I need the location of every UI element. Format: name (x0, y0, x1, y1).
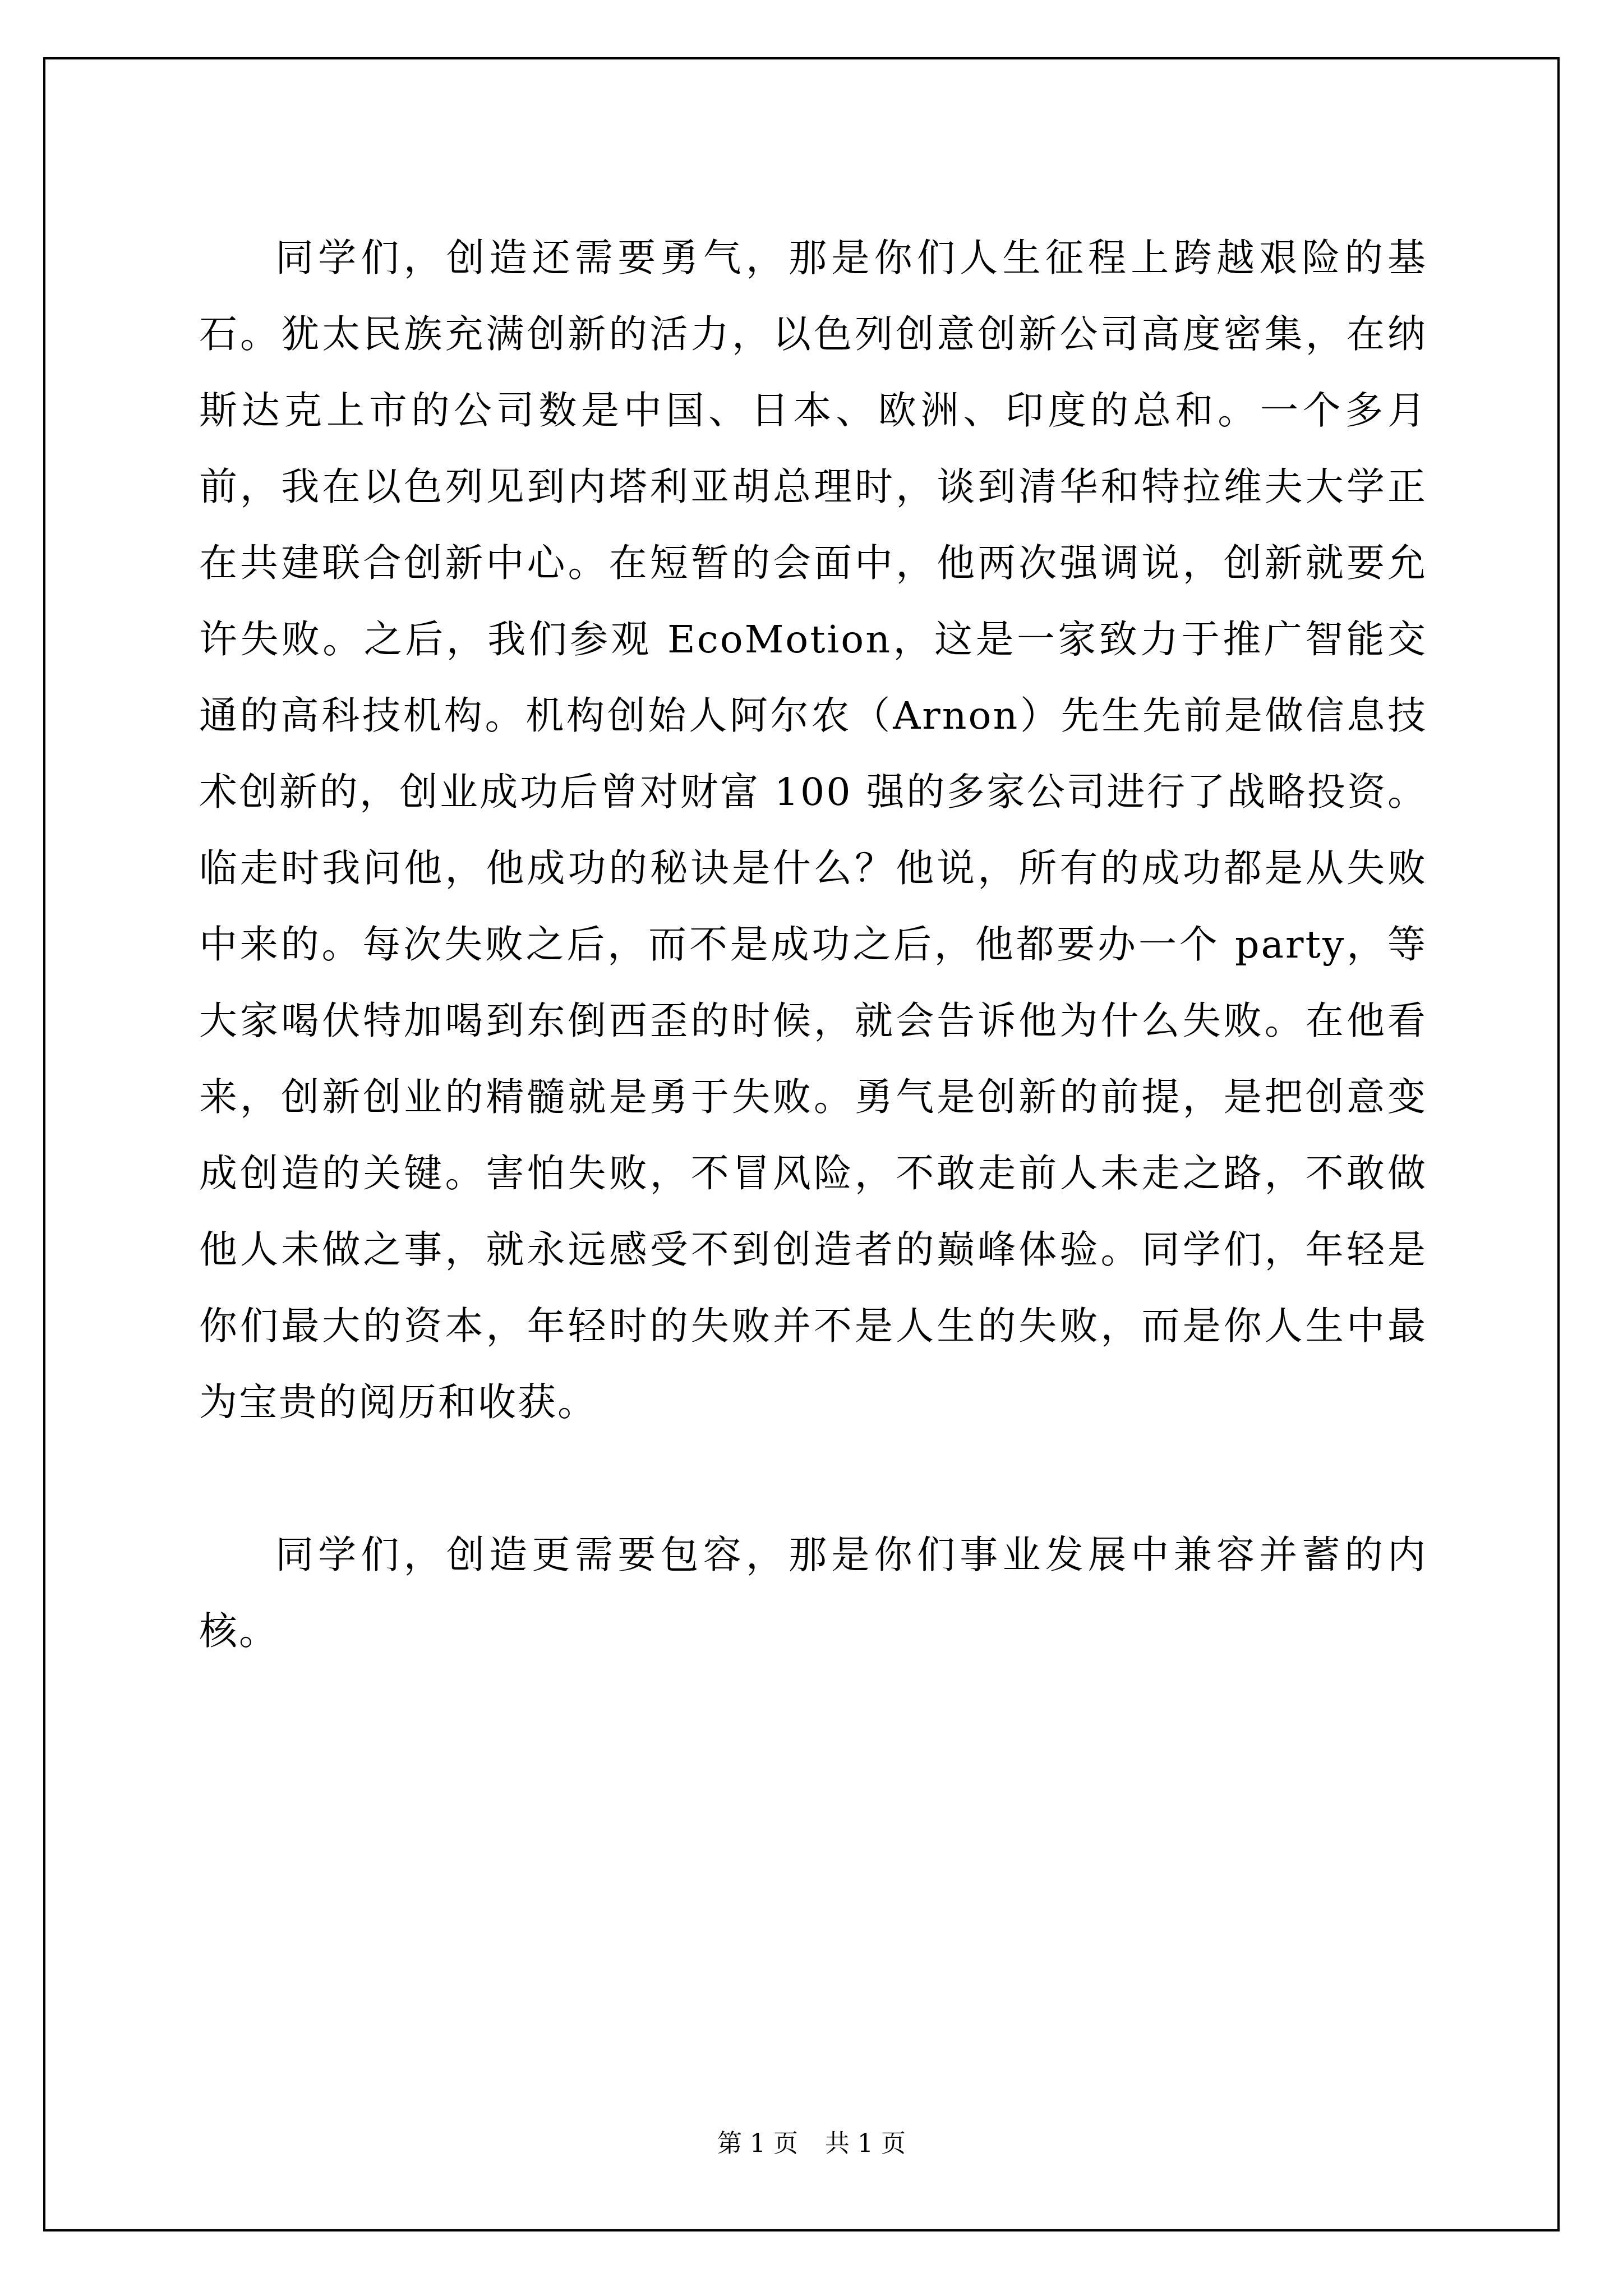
document-body: 同学们，创造还需要勇气，那是你们人生征程上跨越艰险的基石。犹太民族充满创新的活力… (199, 220, 1427, 1670)
total-pages-label: 共 1 页 (825, 2129, 906, 2158)
paragraph-courage: 同学们，创造还需要勇气，那是你们人生征程上跨越艰险的基石。犹太民族充满创新的活力… (199, 220, 1427, 1441)
page-footer: 第 1 页共 1 页 (0, 2127, 1623, 2161)
current-page-label: 第 1 页 (717, 2129, 798, 2158)
paragraph-tolerance: 同学们，创造更需要包容，那是你们事业发展中兼容并蓄的内核。 (199, 1517, 1427, 1670)
